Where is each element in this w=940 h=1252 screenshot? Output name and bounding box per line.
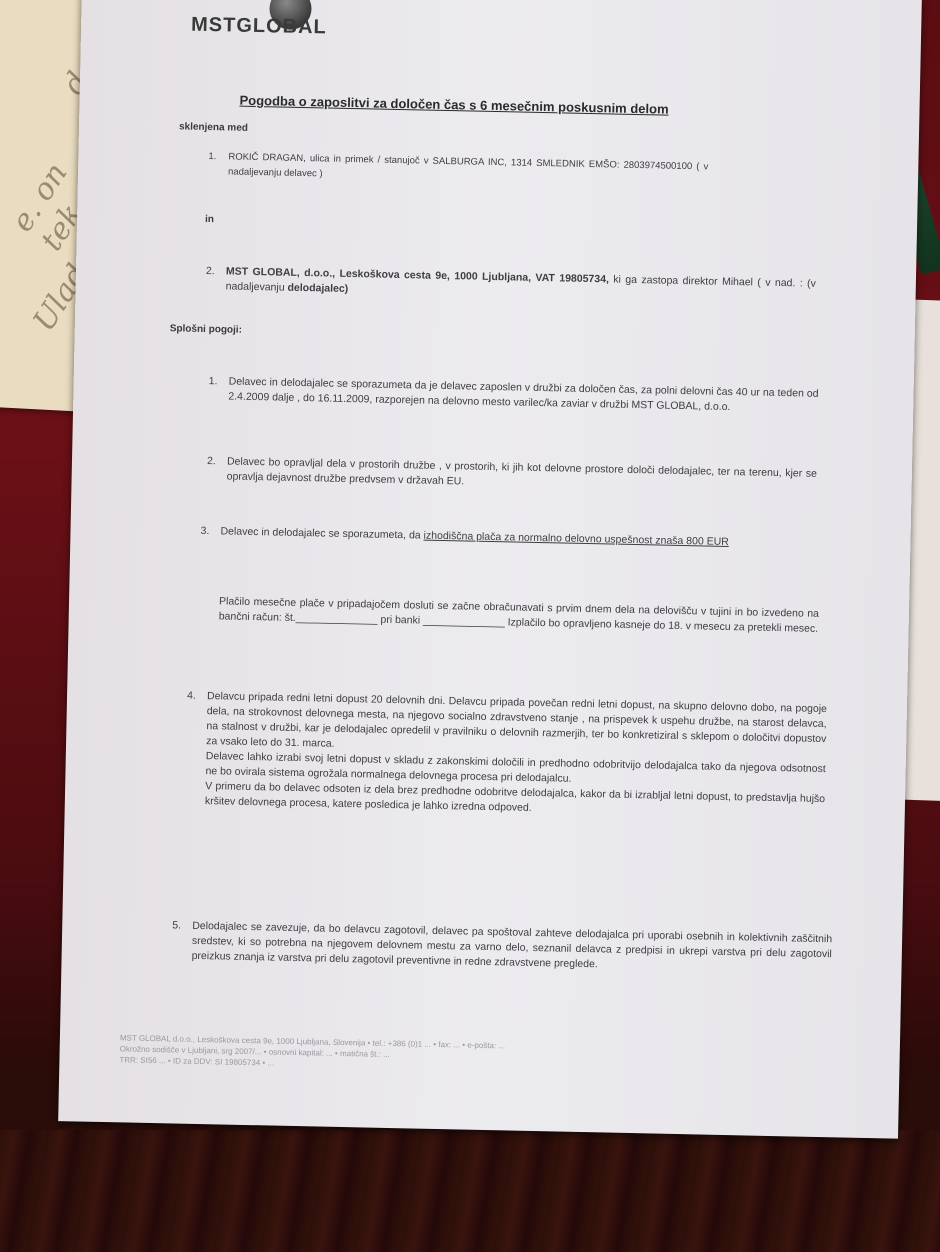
party-2: 2. MST GLOBAL, d.o.o., Leskoškova cesta … <box>226 264 816 306</box>
document-title: Pogodba o zaposlitvi za določen čas s 6 … <box>239 93 668 117</box>
clause-3-payment: Plačilo mesečne plače v pripadajočem dos… <box>219 594 819 637</box>
clause-2: 2. Delavec bo opravljal dela v prostorih… <box>227 454 817 496</box>
document-footer: MST GLOBAL d.o.o., Leskoškova cesta 9e, … <box>119 1032 820 1080</box>
between-label: sklenjena med <box>179 121 248 133</box>
clause-4: 4. Delavcu pripada redni letni dopust 20… <box>205 689 827 822</box>
wooden-table <box>0 1130 940 1252</box>
company-logo: MSTGLOBAL <box>191 14 327 40</box>
clause-3: 3. Delavec in delodajalec se sporazumeta… <box>220 524 820 552</box>
salary-clause: izhodiščna plača za normalno delovno usp… <box>423 530 728 548</box>
clause-5: 5. Delodajalec se zavezuje, da bo delavc… <box>191 919 832 977</box>
party-1: 1. ROKIČ DRAGAN, ulica in primek / stanu… <box>228 149 709 189</box>
and-label: in <box>205 214 214 225</box>
general-terms-label: Splošni pogoji: <box>170 323 242 336</box>
clause-1: 1. Delavec in delodajalec se sporazumeta… <box>228 374 818 416</box>
contract-page: MSTGLOBAL Pogodba o zaposlitvi za določe… <box>58 0 922 1139</box>
